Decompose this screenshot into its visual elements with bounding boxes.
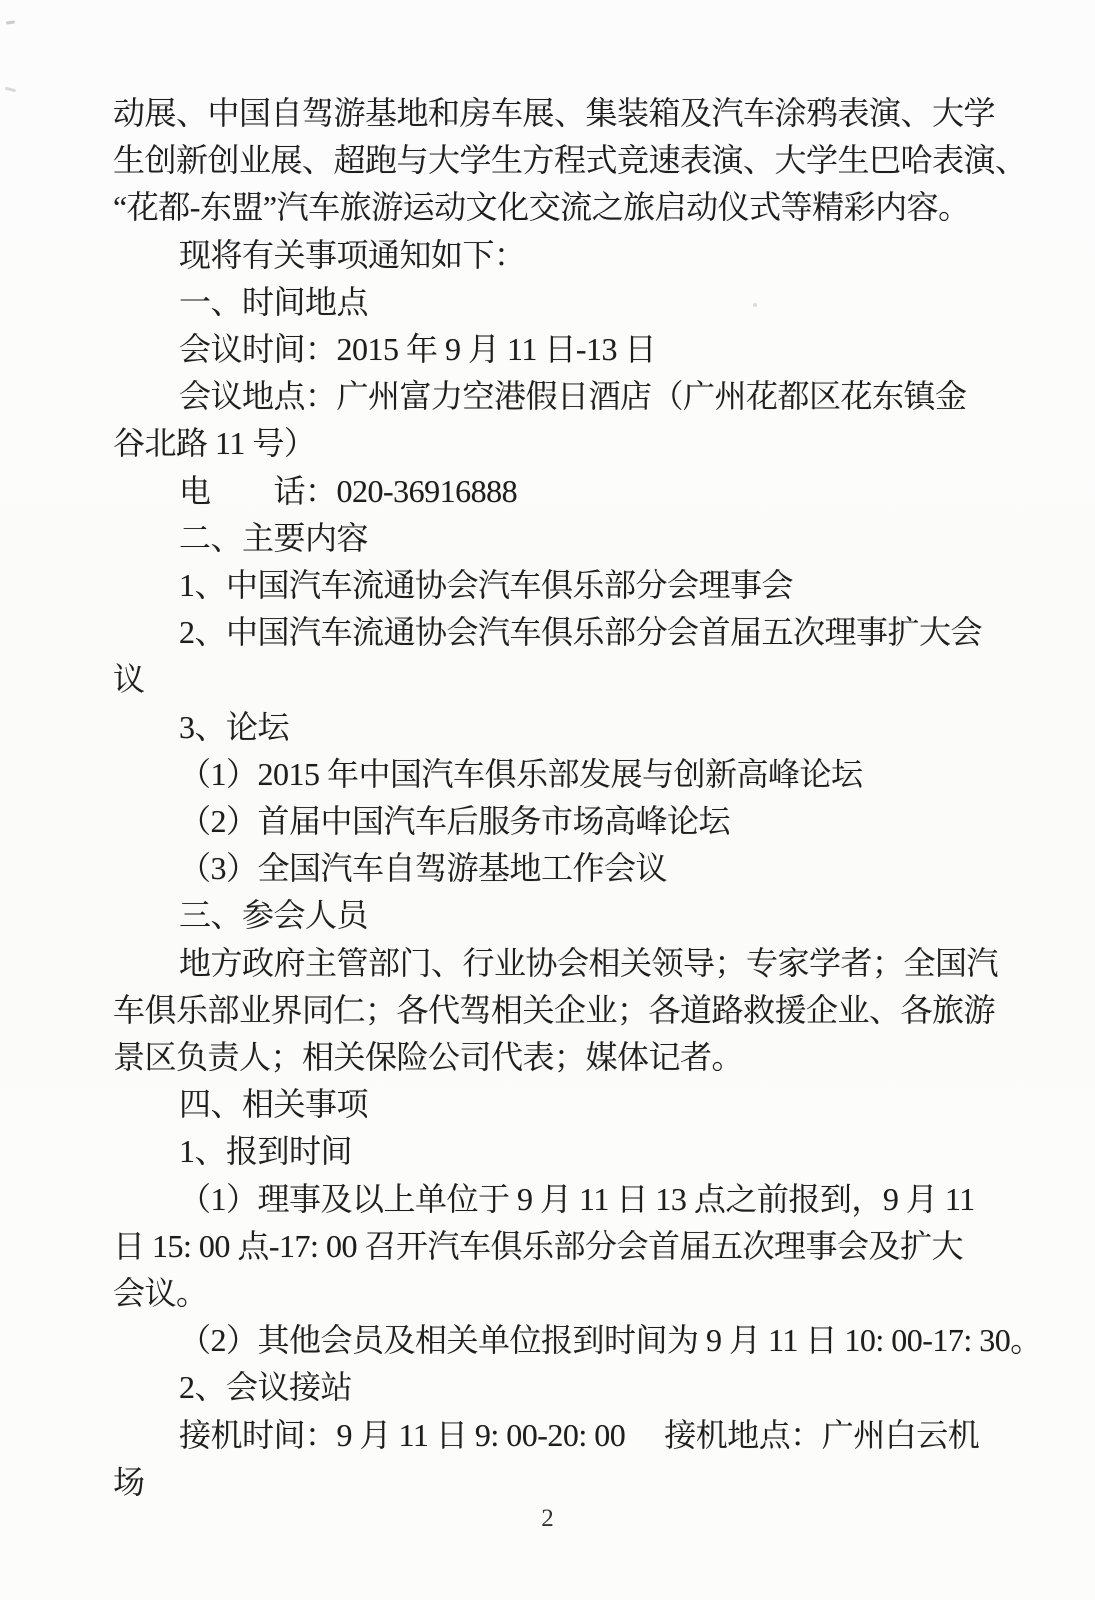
text-line: 日 15: 00 点-17: 00 召开汽车俱乐部分会首届五次理事会及扩大 [113, 1223, 999, 1270]
text-line: 场 [113, 1459, 999, 1506]
text-line: 会议。 [113, 1270, 999, 1317]
text-line: 2、中国汽车流通协会汽车俱乐部分会首届五次理事扩大会 [113, 609, 999, 656]
document-body: 动展、中国自驾游基地和房车展、集装箱及汽车涂鸦表演、大学生创新创业展、超跑与大学… [113, 90, 999, 1506]
text-line: 电 话：020-36916888 [113, 468, 999, 515]
text-line: （3）全国汽车自驾游基地工作会议 [113, 845, 999, 892]
text-line: 接机时间：9 月 11 日 9: 00-20: 00 接机地点：广州白云机 [113, 1412, 999, 1459]
page-number: 2 [0, 1505, 1095, 1533]
text-line: 现将有关事项通知如下： [113, 232, 999, 279]
scanned-document-page: 动展、中国自驾游基地和房车展、集装箱及汽车涂鸦表演、大学生创新创业展、超跑与大学… [0, 0, 1095, 1600]
text-line: 1、报到时间 [113, 1128, 999, 1175]
text-line: 三、参会人员 [113, 892, 999, 939]
text-line: （2）首届中国汽车后服务市场高峰论坛 [113, 798, 999, 845]
text-line: 一、时间地点 [113, 279, 999, 326]
text-line: 四、相关事项 [113, 1081, 999, 1128]
text-line: 会议地点：广州富力空港假日酒店（广州花都区花东镇金 [113, 373, 999, 420]
text-line: 谷北路 11 号） [113, 420, 999, 467]
text-line: 景区负责人；相关保险公司代表；媒体记者。 [113, 1034, 999, 1081]
text-line: 会议时间：2015 年 9 月 11 日-13 日 [113, 326, 999, 373]
text-line: 动展、中国自驾游基地和房车展、集装箱及汽车涂鸦表演、大学 [113, 90, 999, 137]
text-line: 3、论坛 [113, 704, 999, 751]
text-line: 二、主要内容 [113, 515, 999, 562]
text-line: 车俱乐部业界同仁；各代驾相关企业；各道路救援企业、各旅游 [113, 987, 999, 1034]
text-line: （1）理事及以上单位于 9 月 11 日 13 点之前报到，9 月 11 [113, 1176, 999, 1223]
scan-artifact [5, 87, 16, 93]
text-line: 2、会议接站 [113, 1364, 999, 1411]
text-line: 地方政府主管部门、行业协会相关领导；专家学者；全国汽 [113, 940, 999, 987]
text-line: （2）其他会员及相关单位报到时间为 9 月 11 日 10: 00-17: 30… [113, 1317, 999, 1364]
text-line: 生创新创业展、超跑与大学生方程式竞速表演、大学生巴哈表演、 [113, 137, 999, 184]
text-line: （1）2015 年中国汽车俱乐部发展与创新高峰论坛 [113, 751, 999, 798]
text-line: 议 [113, 656, 999, 703]
scan-artifact [6, 20, 15, 24]
text-line: “花都-东盟”汽车旅游运动文化交流之旅启动仪式等精彩内容。 [113, 184, 999, 231]
text-line: 1、中国汽车流通协会汽车俱乐部分会理事会 [113, 562, 999, 609]
